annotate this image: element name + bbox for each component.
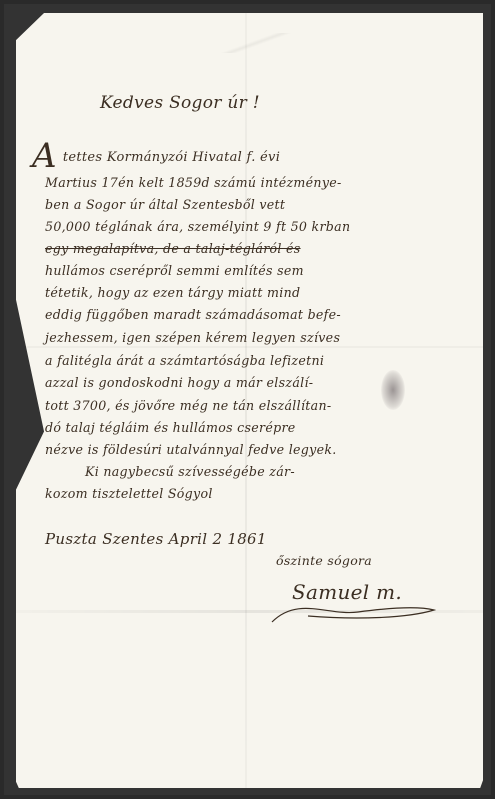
body-line-7: eddig függőben maradt számadásomat befe-: [45, 307, 341, 322]
body-line-8: jezhessem, igen szépen kérem legyen szív…: [45, 330, 340, 345]
body-line-0-text: tettes Kormányzói Hivatal f. évi: [63, 150, 280, 165]
body-line-5: hullámos cserépről semmi említés sem: [45, 263, 304, 278]
signature-flourish: [268, 586, 438, 626]
body-line-6: tétetik, hogy az ezen tárgy miatt mind: [45, 285, 300, 300]
crease-top: [196, 33, 316, 53]
body-line-15: kozom tisztelettel Sógyol: [45, 486, 213, 501]
body-line-11: tott 3700, és jövőre még ne tán elszállí…: [45, 398, 331, 413]
salutation: Kedves Sogor úr !: [100, 93, 260, 113]
body-line-0: Atettes Kormányzói Hivatal f. évi: [32, 150, 280, 165]
fold-crease-horizontal-upper: [16, 346, 483, 348]
body-line-4: egy megalapítva, de a talaj-tégláról és: [45, 241, 301, 256]
body-line-12: dó talaj tégláim és hullámos cserépre: [45, 420, 296, 435]
body-line-10: azzal is gondoskodni hogy a már elszálí-: [45, 375, 313, 390]
body-line-3: 50,000 téglának ára, személyint 9 ft 50 …: [45, 219, 350, 234]
ink-smudge: [381, 370, 405, 410]
body-line-1: Martius 17én kelt 1859d számú intézménye…: [45, 175, 342, 190]
body-line-9: a falitégla árát a számtartóságba lefize…: [45, 353, 324, 368]
initial-capital: A: [32, 136, 57, 176]
body-line-2: ben a Sogor úr által Szentesből vett: [45, 197, 285, 212]
body-line-14: Ki nagybecsű szívességébe zár-: [85, 464, 295, 479]
closing-phrase: őszinte sógora: [276, 553, 372, 568]
place-and-date: Puszta Szentes April 2 1861: [45, 530, 267, 548]
body-line-13: nézve is földesúri utalvánnyal fedve leg…: [45, 442, 337, 457]
